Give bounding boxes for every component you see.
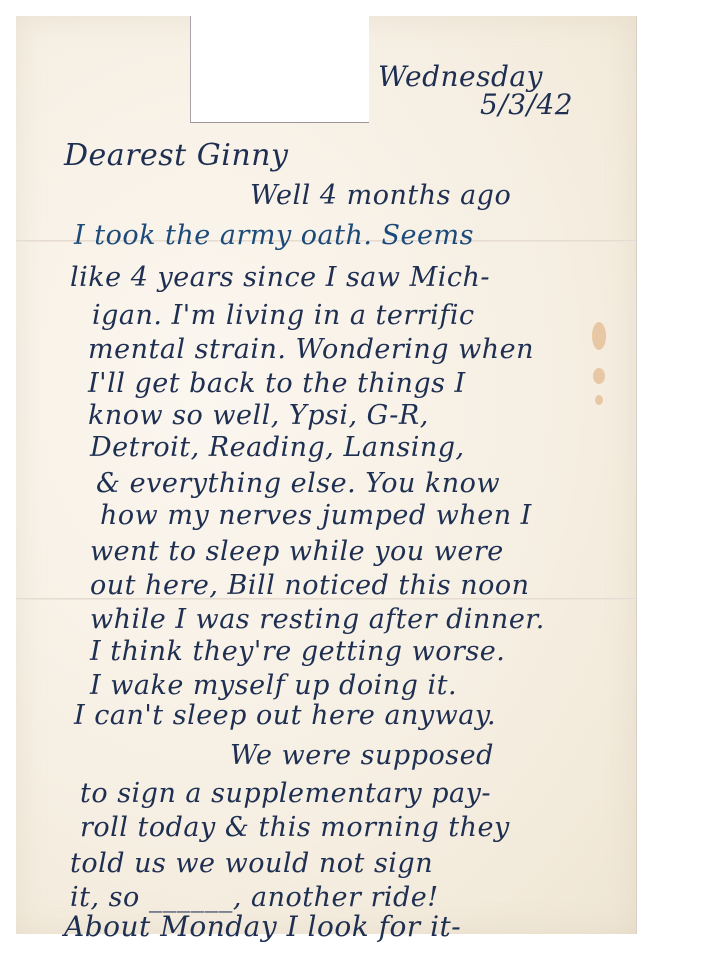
letter-line: to sign a supplementary pay- <box>80 778 491 809</box>
header-date: 5/3/42 <box>480 88 573 121</box>
letter-line: went to sleep while you were <box>90 536 504 567</box>
letter-line: told us we would not sign <box>70 848 433 879</box>
letter-line: We were supposed <box>230 740 494 771</box>
letter-line: how my nerves jumped when I <box>100 500 532 531</box>
stain <box>592 322 606 350</box>
letter-line: Detroit, Reading, Lansing, <box>90 432 465 463</box>
letter-line: igan. I'm living in a terrific <box>92 300 475 331</box>
letter-line: Well 4 months ago <box>250 180 511 211</box>
letter-line: while I was resting after dinner. <box>90 604 545 635</box>
salutation: Dearest Ginny <box>64 138 288 173</box>
letter-line: I'll get back to the things I <box>88 368 466 399</box>
letter-line: & everything else. You know <box>96 468 500 499</box>
letter-line: I think they're getting worse. <box>90 636 505 667</box>
stain <box>593 368 605 384</box>
letter-line: like 4 years since I saw Mich- <box>70 262 490 293</box>
letter-line: About Monday I look for it- <box>64 910 461 943</box>
letter-line: I can't sleep out here anyway. <box>74 700 496 731</box>
letter-line: it, so ______, another ride! <box>70 882 439 913</box>
letter-line: know so well, Ypsi, G-R, <box>88 400 429 431</box>
paper-cutout <box>190 16 369 123</box>
letter-line: I wake myself up doing it. <box>90 670 457 701</box>
letter-line: out here, Bill noticed this noon <box>90 570 530 601</box>
letter-line: I took the army oath. Seems <box>74 220 474 251</box>
letter-line: roll today & this morning they <box>80 812 510 843</box>
stain <box>595 395 603 405</box>
letter-line: mental strain. Wondering when <box>88 334 534 365</box>
